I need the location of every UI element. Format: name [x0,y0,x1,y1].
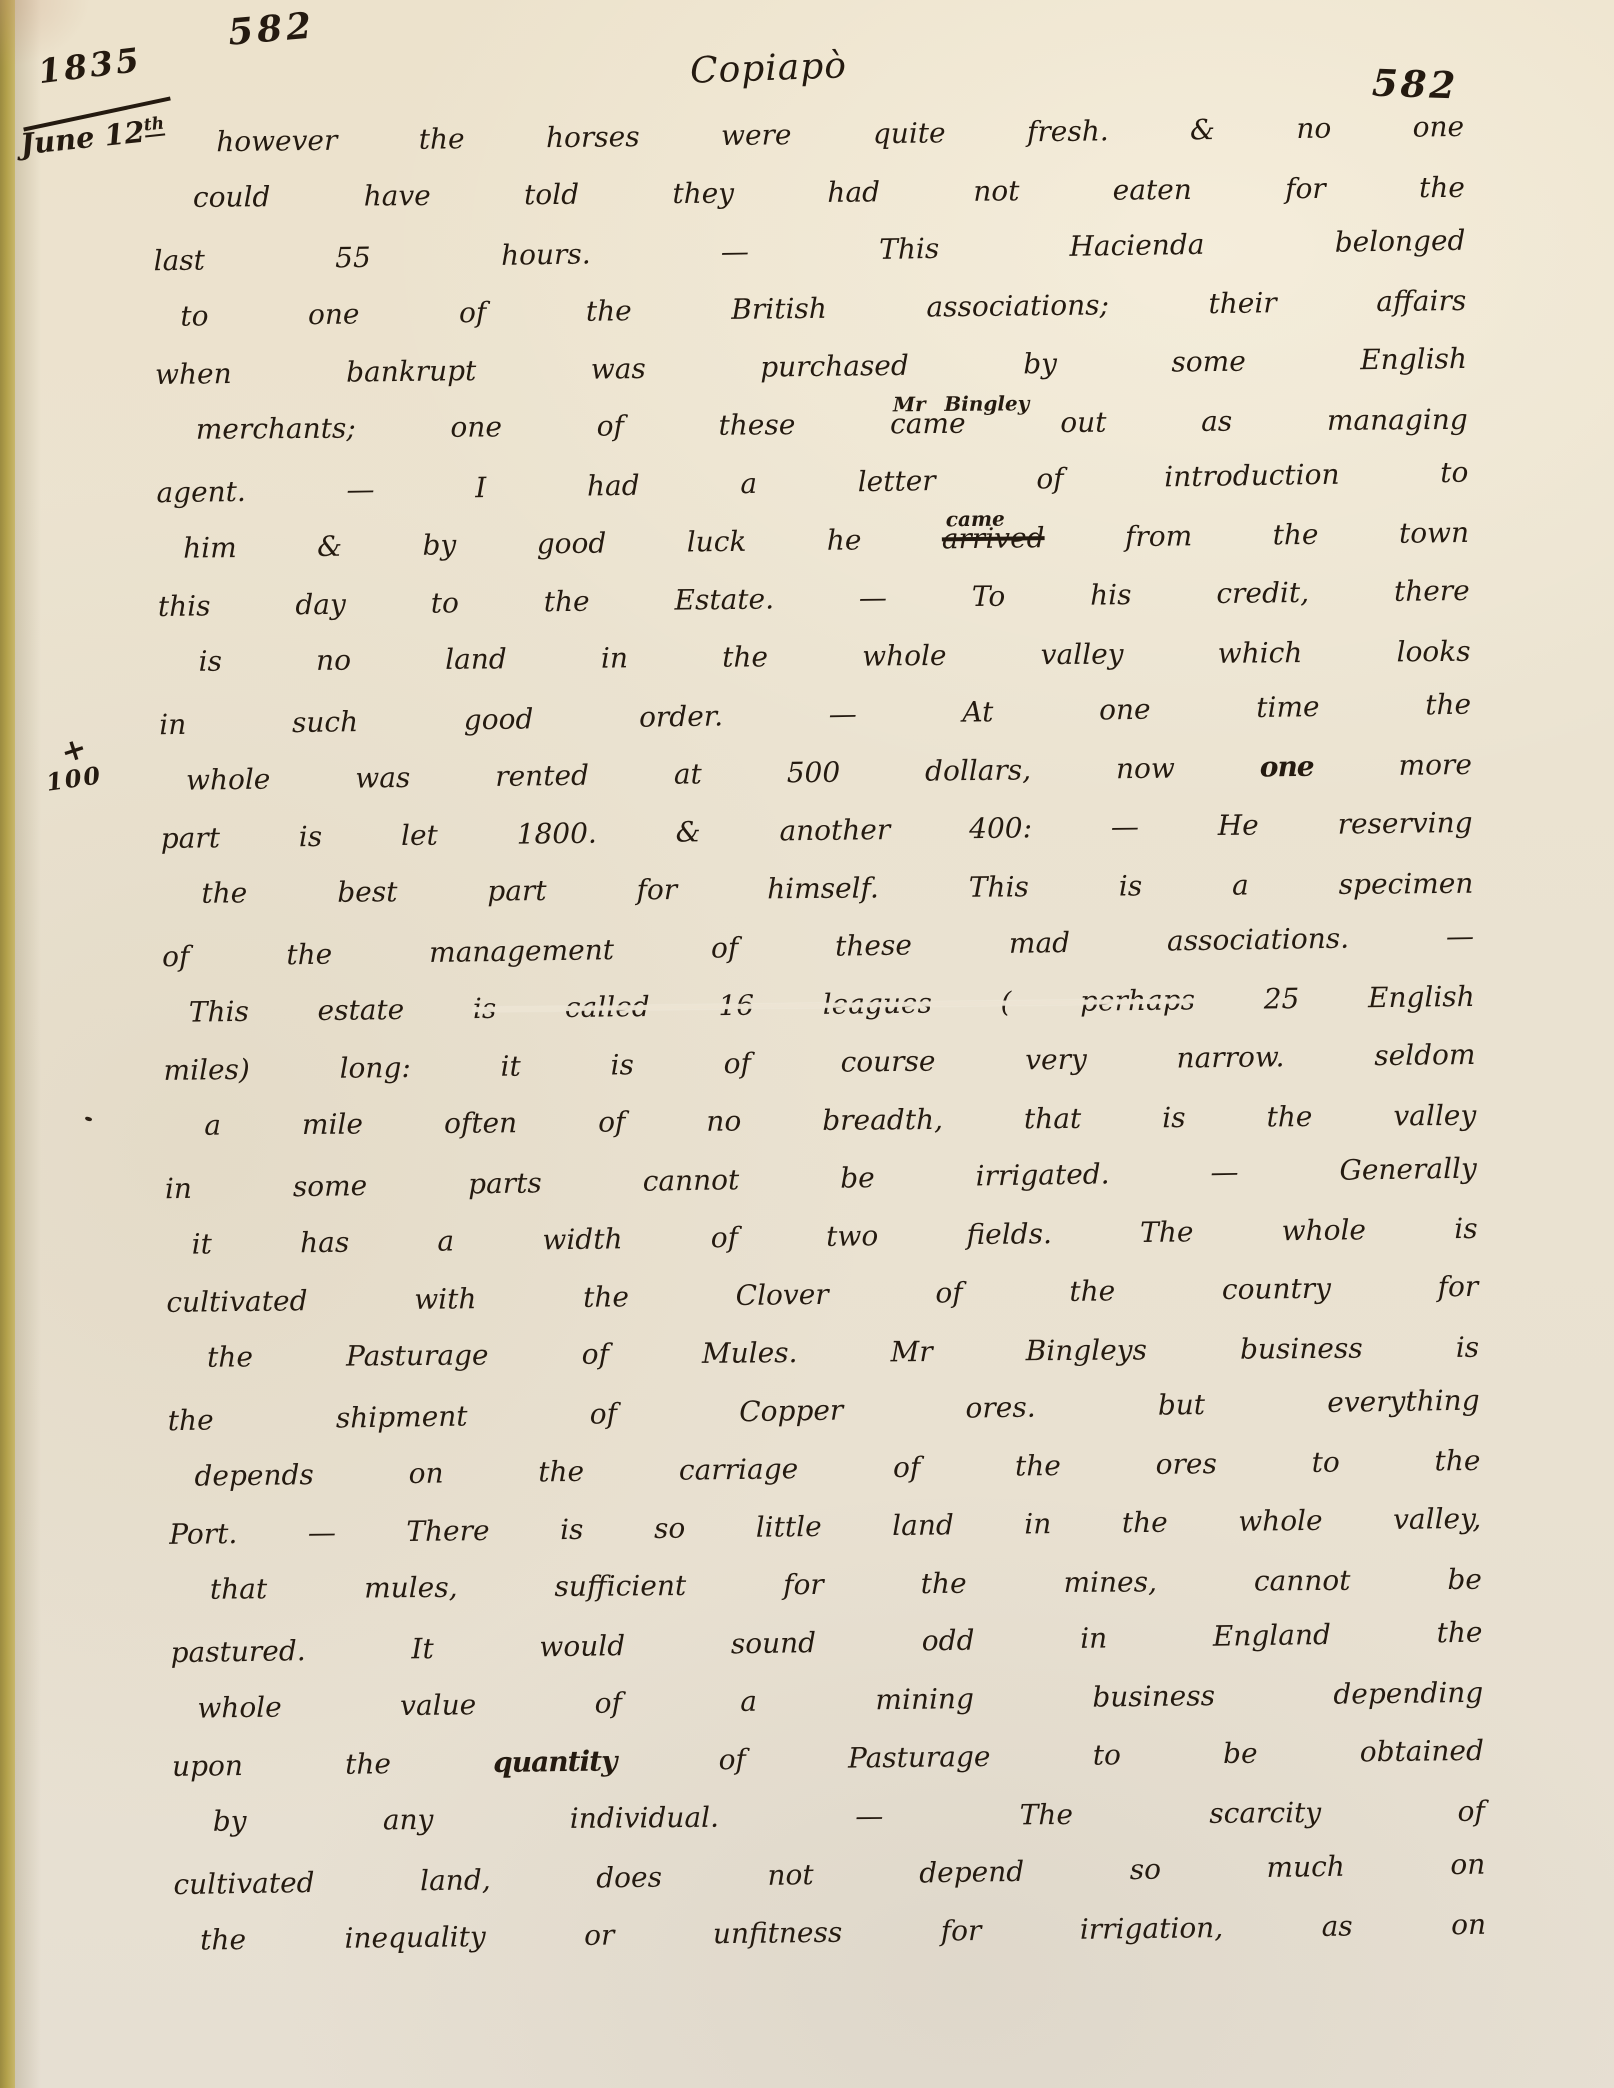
page-number-top-right: 582 [1371,61,1459,108]
text-segment: however the horses were quite fresh. & n… [216,110,1464,158]
text-segment: 25 English [1195,980,1475,1016]
struck-word: arrivedcame [942,521,1045,555]
text-segment: upon the [172,1746,494,1783]
interlinear-insertion: Mr Bingley [893,392,1030,417]
overwritten-word: one [1260,750,1314,784]
page-number-top-left: 582 [226,4,316,53]
margin-number: 100 [44,760,104,797]
text-segment: from the town [1044,516,1469,554]
text-segment: out as managing [965,403,1467,440]
text-segment: more [1313,748,1472,783]
margin-note: + 100 [46,738,102,793]
text-segment: merchants; one of these [196,407,891,445]
overwritten-word: quantity [493,1744,617,1779]
text-segment: cameMr Bingley [890,407,966,441]
ink-speck [85,1116,93,1122]
binding-shadow [15,0,41,2088]
manuscript-body: however the horses were quite fresh. & n… [152,110,1487,1982]
book-binding-edge [0,0,15,2088]
interlinear-insertion: came [946,507,1005,532]
page-heading: Copiapò [689,45,847,91]
text-segment: This estate [189,992,474,1028]
diary-page-photo: 582 Copiapò 582 1835 June 12th + 100 how… [0,0,1614,2088]
